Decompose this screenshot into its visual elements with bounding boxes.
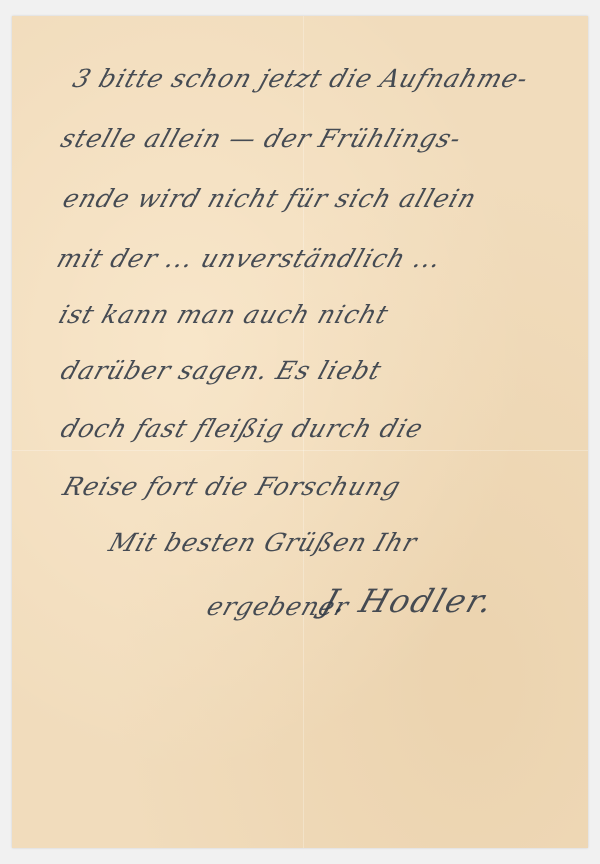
handwritten-line-3: ende wird nicht für sich allein (59, 184, 480, 213)
handwritten-line-1: 3 bitte schon jetzt die Aufnahme- (69, 64, 532, 93)
handwritten-line-4: mit der ... unverständlich ... (53, 244, 445, 273)
closing-line: Mit besten Grüßen Ihr (105, 528, 421, 557)
letter-page: 3 bitte schon jetzt die Aufnahme- stelle… (12, 16, 588, 848)
handwritten-line-5: ist kann man auch nicht (55, 300, 392, 329)
handwritten-line-7: doch fast fleißig durch die (57, 414, 427, 443)
handwritten-line-8: Reise fort die Forschung (59, 472, 405, 501)
handwritten-line-2: stelle allein — der Frühlings- (57, 124, 465, 153)
horizontal-fold (12, 450, 588, 451)
signature: J. Hodler. (318, 582, 500, 620)
handwritten-line-6: darüber sagen. Es liebt (57, 356, 385, 385)
